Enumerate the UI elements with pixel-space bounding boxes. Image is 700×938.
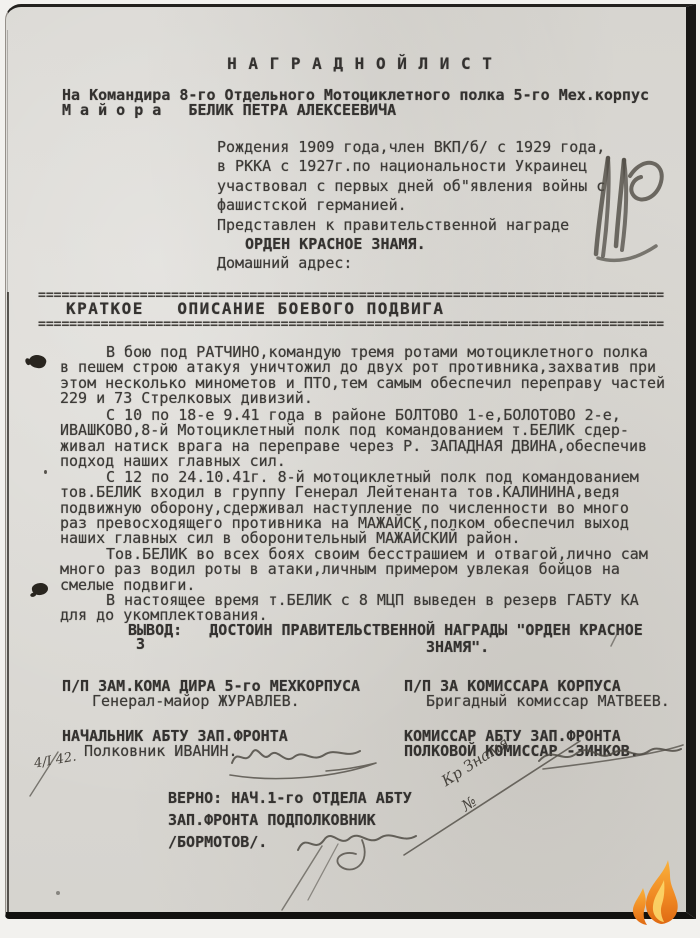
section-heading: КРАТКОЕ ОПИСАНИЕ БОЕВОГО ПОДВИГА [66, 301, 445, 316]
flame-logo-icon [626, 858, 686, 928]
cert-line: ВЕРНО: НАЧ.1-го ОТДЕЛА АБТУ [168, 787, 412, 809]
document-title: Н А Г Р А Д Н О Й Л И С Т [80, 56, 640, 71]
feat-paragraph-2: С 10 по 18-е 9.41 года в районе БОЛТОВО … [60, 408, 647, 469]
ink-scribble-mark [578, 146, 673, 261]
signatory-name: Генерал-майор ЖУРАВЛЕВ. [62, 694, 360, 709]
paragraph-line: 229 и 73 Стрелковых дивизий. [60, 391, 665, 406]
feat-paragraph-3: С 12 по 24.10.41г. 8-й мотоциклетный пол… [60, 470, 639, 546]
home-address-label: Домашний адрес: [217, 254, 605, 273]
paragraph-line: подход наших главных сил. [60, 454, 647, 469]
subject-block: На Командира 8-го Отдельного Мотоциклетн… [62, 88, 649, 119]
biography-block: Рождения 1909 года,член ВКП/б/ с 1929 го… [217, 138, 605, 274]
bio-line: Рождения 1909 года,член ВКП/б/ с 1929 го… [217, 138, 605, 157]
feat-paragraph-1: В бою под РАТЧИНО,командую тремя ротами … [60, 345, 665, 406]
signatory-right-1: П/П ЗА КОМИССАРА КОРПУСА Бригадный комис… [404, 679, 670, 710]
date-slash-stroke [26, 748, 62, 800]
signatory-left-1: П/П ЗАМ.КОМА ДИРА 5-го МЕХКОРПУСА Генера… [62, 679, 360, 710]
divider-bottom: ========================================… [38, 317, 664, 332]
subject-line-2: М а й о р а БЕЛИК ПЕТРА АЛЕКСЕЕВИЧА [62, 103, 649, 118]
conclusion-stray-char: З [136, 637, 145, 652]
bio-line: фашистской германией. [217, 196, 605, 215]
bio-line: участвовал с первых дней об"явления войн… [217, 177, 605, 196]
scan-edge-left-faint [7, 30, 8, 300]
signature-ivanin [228, 733, 380, 781]
bio-line: в РККА с 1927г.по национальности Украине… [217, 157, 605, 176]
bio-line: Представлен к правительственной награде [217, 216, 605, 235]
ink-speck [56, 891, 60, 895]
conclusion-line-2: ЗНАМЯ". [426, 640, 489, 655]
scan-edge-left [7, 292, 9, 912]
ink-speck [44, 470, 47, 474]
scanned-award-document: Н А Г Р А Д Н О Й Л И С Т На Командира 8… [0, 0, 700, 938]
diagonal-note-line [398, 733, 586, 861]
award-name-line: ОРДЕН КРАСНОЕ ЗНАМЯ. [217, 235, 605, 254]
feat-paragraph-5: В настоящее время т.БЕЛИК с 8 МЦП выведе… [60, 593, 639, 624]
conclusion-line-1: ВЫВОД: ДОСТОИН ПРАВИТЕЛЬСТВЕННОЙ НАГРАДЫ… [128, 623, 643, 638]
feat-paragraph-4: Тов.БЕЛИК во всех боях своим бесстрашием… [60, 547, 648, 593]
pen-slash-strokes [252, 842, 342, 914]
signatory-name: Бригадный комиссар МАТВЕЕВ. [404, 694, 670, 709]
pen-tick-mark [608, 628, 622, 648]
